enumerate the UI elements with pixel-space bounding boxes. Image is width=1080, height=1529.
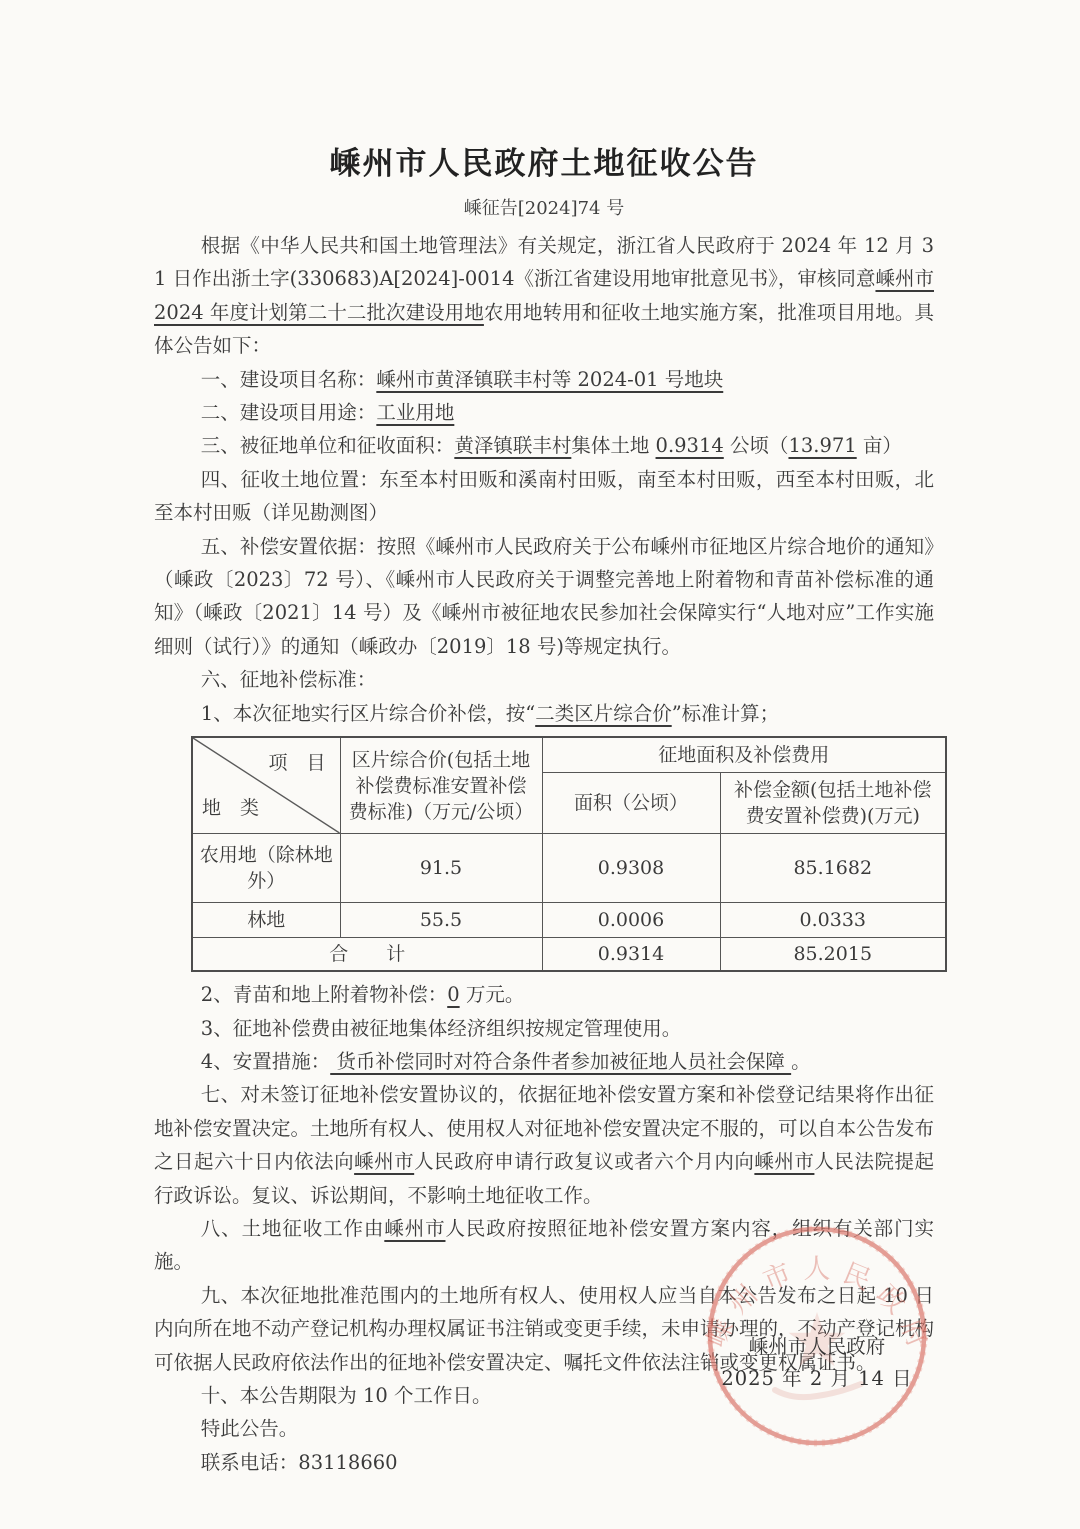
page-title: 嵊州市人民政府土地征收公告 (154, 143, 934, 185)
paragraph-item-1: 一、建设项目名称：嵊州市黄泽镇联丰村等 2024-01 号地块 (154, 363, 934, 396)
paragraph-item-5: 五、补偿安置依据：按照《嵊州市人民政府关于公布嵊州市征地区片综合地价的通知》（嵊… (154, 530, 934, 664)
paragraph-item-3: 三、被征地单位和征收面积：黄泽镇联丰村集体土地 0.9314 公顷（13.971… (154, 429, 934, 462)
paragraph-item-6-3: 3、征地补偿费由被征地集体经济组织按规定管理使用。 (154, 1012, 934, 1045)
column-header-area: 面积（公顷） (542, 773, 720, 834)
text-segment: 嵊州市 (384, 1217, 445, 1240)
column-header-group: 征地面积及补偿费用 (542, 737, 946, 773)
text-segment: 五、补偿安置依据：按照《嵊州市人民政府关于公布嵊州市征地区片综合地价的通知》（嵊… (154, 535, 934, 658)
text-segment: 根据《中华人民共和国土地管理法》有关规定，浙江省人民政府于 2024 年 12 … (154, 234, 934, 290)
paragraph-item-6-2: 2、青苗和地上附着物补偿：0 万元。 (154, 978, 934, 1011)
text-segment: 四、征收土地位置：东至本村田贩和溪南村田贩，南至本村田贩，西至本村田贩，北至本村… (154, 468, 934, 524)
signature-government: 嵊州市人民政府 (698, 1331, 936, 1363)
text-segment: 嵊州市 (354, 1150, 414, 1173)
corner-label-project: 项 目 (268, 750, 325, 776)
table-row-forest: 林地 55.5 0.0006 0.0333 (192, 903, 946, 938)
document-body: 嵊州市人民政府土地征收公告 嵊征告[2024]74 号 根据《中华人民共和国土地… (0, 0, 1080, 1479)
text-segment: 0 (447, 983, 459, 1006)
paragraph-item-6-1: 1、本次征地实行区片综合价补偿，按“二类区片综合价”标准计算； (154, 697, 934, 730)
text-segment: 工业用地 (376, 401, 454, 424)
text-segment: 嵊州市黄泽镇联丰村等 2024-01 号地块 (376, 368, 723, 391)
signature-date: 2025 年 2 月 14 日 (698, 1363, 936, 1395)
text-segment: 二、建设项目用途： (201, 401, 377, 424)
column-header-amount: 补偿金额(包括土地补偿费安置补偿费)(万元) (720, 773, 946, 834)
text-segment: 2、青苗和地上附着物补偿： (201, 983, 447, 1006)
corner-label-landtype: 地 类 (202, 795, 259, 821)
paragraph-item-6: 六、征地补偿标准： (154, 663, 934, 696)
cell-amount: 85.1682 (720, 834, 946, 903)
text-segment: 。 (791, 1050, 811, 1073)
paragraph-intro: 根据《中华人民共和国土地管理法》有关规定，浙江省人民政府于 2024 年 12 … (154, 229, 934, 363)
text-segment: 货币补偿同时对符合条件者参加被征地人员社会保障 (330, 1050, 791, 1073)
paragraph-item-2: 二、建设项目用途：工业用地 (154, 396, 934, 429)
paragraph-contact-phone: 联系电话：83118660 (154, 1446, 934, 1479)
text-segment: 八、土地征收工作由 (201, 1217, 385, 1240)
signature-block: 嵊州市人民政府 2025 年 2 月 14 日 (698, 1331, 936, 1395)
text-segment: 亩） (857, 434, 902, 457)
text-segment: 万元。 (460, 983, 525, 1006)
cell-amount: 0.0333 (720, 903, 946, 938)
paragraph-item-7: 七、对未签订征地补偿安置协议的，依据征地补偿安置方案和补偿登记结果将作出征地补偿… (154, 1078, 934, 1212)
text-segment: 13.971 (788, 434, 856, 457)
paragraph-item-6-4: 4、安置措施： 货币补偿同时对符合条件者参加被征地人员社会保障 。 (154, 1045, 934, 1078)
table-row-farmland: 农用地（除林地外） 91.5 0.9308 85.1682 (192, 834, 946, 903)
text-segment: 0.9314 (656, 434, 724, 457)
table-corner-cell: 项 目 地 类 (192, 737, 340, 834)
text-segment: 黄泽镇联丰村 (454, 434, 571, 457)
paragraph-hereby: 特此公告。 (154, 1412, 934, 1445)
text-segment: 一、建设项目名称： (201, 368, 377, 391)
text-segment: 4、安置措施： (201, 1050, 330, 1073)
text-segment: 六、征地补偿标准： (201, 668, 377, 691)
cell-landtype: 林地 (192, 903, 340, 938)
text-segment: 集体土地 (571, 434, 655, 457)
text-segment: 1、本次征地实行区片综合价补偿，按“ (201, 702, 535, 725)
cell-total-area: 0.9314 (542, 938, 720, 972)
cell-total-label: 合 计 (192, 938, 542, 972)
cell-price: 91.5 (340, 834, 542, 903)
cell-area: 0.9308 (542, 834, 720, 903)
compensation-table: 项 目 地 类 区片综合价(包括土地补偿费标准安置补偿费标准)（万元/公顷） 征… (191, 736, 947, 972)
cell-total-amount: 85.2015 (720, 938, 946, 972)
text-segment: 人民政府申请行政复议或者六个月内向 (414, 1150, 754, 1173)
text-segment: ”标准计算； (672, 702, 779, 725)
column-header-price: 区片综合价(包括土地补偿费标准安置补偿费标准)（万元/公顷） (340, 737, 542, 834)
cell-price: 55.5 (340, 903, 542, 938)
text-segment: 嵊州市 (754, 1150, 814, 1173)
text-segment: 十、本公告期限为 10 个工作日。 (201, 1384, 492, 1407)
text-segment: 二类区片综合价 (535, 702, 672, 725)
paragraph-item-4: 四、征收土地位置：东至本村田贩和溪南村田贩，南至本村田贩，西至本村田贩，北至本村… (154, 463, 934, 530)
paragraph-item-8: 八、土地征收工作由嵊州市人民政府按照征地补偿安置方案内容，组织有关部门实施。 (154, 1212, 934, 1279)
text-segment: 特此公告。 (201, 1417, 299, 1440)
cell-area: 0.0006 (542, 903, 720, 938)
cell-landtype: 农用地（除林地外） (192, 834, 340, 903)
text-segment: 3、征地补偿费由被征地集体经济组织按规定管理使用。 (201, 1017, 681, 1040)
text-segment: 联系电话：83118660 (201, 1451, 398, 1474)
doc-number: 嵊征告[2024]74 号 (154, 197, 934, 221)
table-row-total: 合 计 0.9314 85.2015 (192, 938, 946, 972)
text-segment: 公顷（ (724, 434, 789, 457)
document-page: 嵊州市人民政府土地征收公告 嵊征告[2024]74 号 根据《中华人民共和国土地… (0, 0, 1080, 1529)
text-segment: 三、被征地单位和征收面积： (201, 434, 455, 457)
